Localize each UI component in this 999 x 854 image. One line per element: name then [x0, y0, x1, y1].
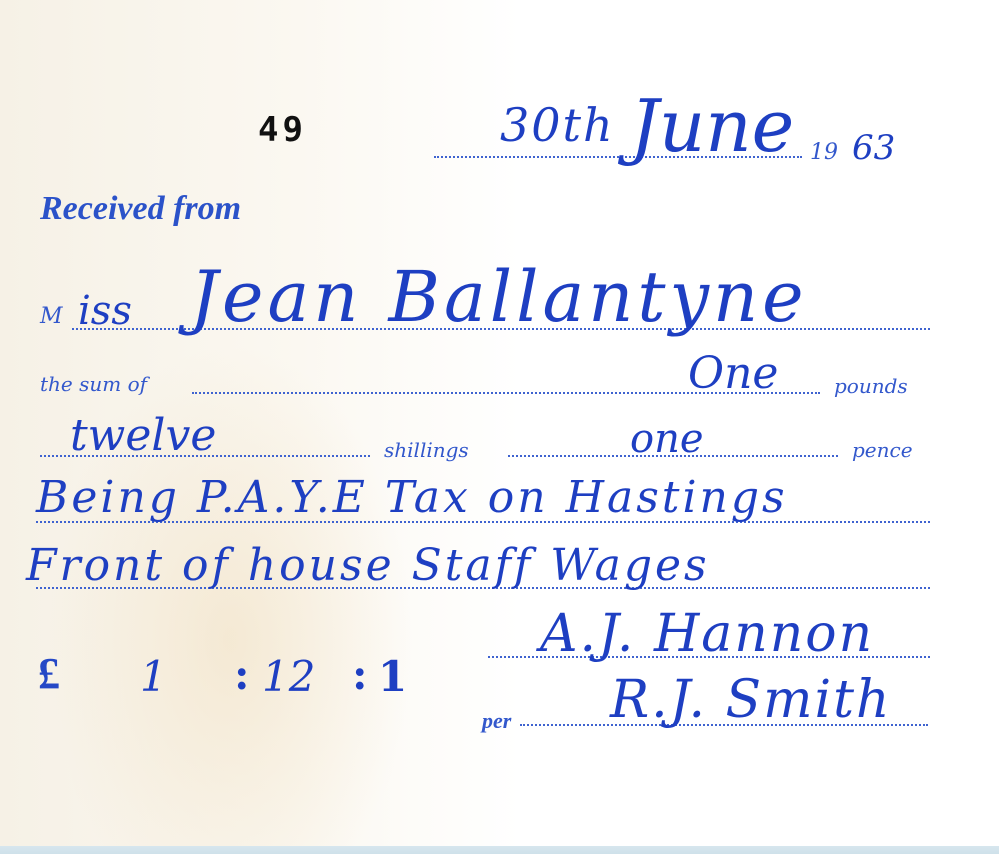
description-line-1: Being P.A.Y.E Tax on Hastings [36, 472, 788, 523]
pound-sign: £ [38, 648, 60, 699]
pence-value: one [630, 416, 704, 462]
shillings-value: twelve [70, 410, 216, 461]
payer-title: iss [78, 288, 132, 334]
description-line-2: Front of house Staff Wages [26, 540, 710, 591]
shillings-label: shillings [384, 438, 469, 462]
date-day: 30th [500, 98, 615, 152]
amount-pence: 1 [378, 652, 407, 701]
per-signature: R.J. Smith [610, 670, 892, 730]
amount-shillings: 12 [262, 652, 315, 701]
received-from-heading: Received from [40, 190, 241, 228]
paper-bottom-edge [0, 846, 999, 854]
amount-pounds: 1 [140, 652, 167, 701]
pounds-label: pounds [834, 374, 908, 398]
sum-of-label: the sum of [40, 372, 147, 396]
amount-separator-1: : [234, 650, 250, 699]
date-month: June [630, 84, 794, 168]
pounds-value: One [688, 348, 778, 399]
amount-separator-2: : [352, 650, 368, 699]
signatory-signature: A.J. Hannon [540, 604, 874, 664]
date-year-prefix: 19 [810, 140, 838, 165]
pence-label: pence [852, 438, 913, 462]
date-year-suffix: 63 [852, 128, 895, 168]
receipt-number: 49 [258, 110, 307, 150]
payer-name: Jean Ballantyne [190, 256, 808, 338]
per-label: per [482, 708, 511, 734]
payer-prefix-label: M [40, 304, 63, 329]
